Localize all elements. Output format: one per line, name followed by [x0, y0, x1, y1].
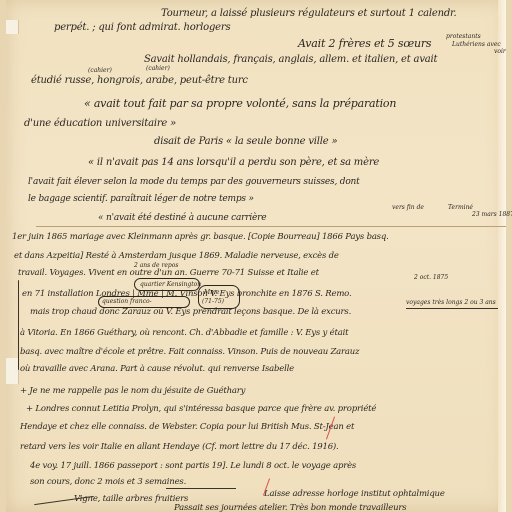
handwritten-line: Tourneur, a laissé plusieurs régulateurs…	[161, 8, 457, 19]
handwritten-line: étudié russe, hongrois, arabe, peut-être…	[31, 75, 248, 86]
handwritten-line: le bagage scientif. paraîtrait léger de …	[28, 194, 254, 204]
annotation: vers fin de	[392, 204, 424, 211]
annotation: (cahier)	[146, 65, 170, 72]
handwritten-line: travail. Voyages. Vivent en outre d'un a…	[18, 268, 319, 278]
handwritten-line: « il n'avait pas 14 ans lorsqu'il a perd…	[88, 157, 379, 168]
handwritten-line: Savait hollandais, français, anglais, al…	[144, 54, 437, 65]
circled-annotation	[198, 285, 240, 309]
handwritten-line: Hendaye et chez elle connaiss. de Webste…	[20, 422, 354, 432]
annotation: 2 ans de repos	[134, 262, 178, 269]
annotation: (cahier)	[88, 67, 112, 74]
handwritten-line: Passait ses journées atelier. Très bon m…	[174, 503, 406, 512]
annotation: voir	[494, 48, 506, 55]
handwritten-line: son cours, donc 2 mois et 3 semaines.	[30, 477, 186, 487]
divider-line	[36, 226, 506, 227]
circled-annotation	[134, 278, 200, 291]
handwritten-line: et dans Azpeitia] Resté à Amsterdam jusq…	[14, 251, 339, 261]
handwritten-line: disait de Paris « la seule bonne ville »	[154, 136, 337, 147]
margin-bracket	[18, 280, 19, 370]
handwritten-line: « n'avait été destiné à aucune carrière	[98, 213, 266, 223]
circled-annotation	[98, 296, 190, 308]
handwritten-line: 1er juin 1865 mariage avec Kleinmann apr…	[12, 232, 389, 242]
handwritten-line: 4e voy. 17 juill. 1866 passeport : sont …	[30, 461, 356, 471]
handwritten-line: Laisse adresse horloge institut ophtalmi…	[264, 489, 445, 499]
handwritten-line: d'une éducation universitaire »	[24, 118, 176, 129]
handwritten-line: l'avait fait élever selon la mode du tem…	[28, 177, 360, 187]
handwritten-line: où travaille avec Arana. Part à cause ré…	[20, 364, 294, 374]
handwritten-line: Avait 2 frères et 5 sœurs	[298, 37, 431, 50]
annotation: protestants	[446, 33, 481, 40]
handwritten-line: + Je ne me rappelle pas le nom du jésuit…	[20, 386, 245, 396]
handwritten-line: mais trop chaud donc Zarauz où V. Eys pr…	[30, 307, 351, 317]
underline	[166, 488, 236, 489]
handwritten-line: à Vitoria. En 1866 Guéthary, où rencont.…	[20, 328, 348, 338]
manuscript-page: Tourneur, a laissé plusieurs régulateurs…	[6, 0, 506, 512]
annotation: 2 oct. 1875	[414, 274, 448, 281]
handwritten-line: retard vers les voir Italie en allant He…	[20, 442, 339, 452]
paper-edge	[498, 0, 506, 512]
paper-tear	[6, 20, 19, 34]
annotation: Luthériens avec	[452, 41, 501, 48]
handwritten-line: basq. avec maître d'école et prêtre. Fai…	[20, 347, 359, 357]
handwritten-line: + Londres connut Letitia Prolyn, qui s'i…	[26, 404, 376, 414]
handwritten-line: « avait tout fait par sa propre volonté,…	[84, 97, 396, 110]
handwritten-line: perpét. ; qui font admirat. horlogers	[54, 22, 230, 33]
annotation: Terminé	[448, 204, 473, 211]
annotation: 23 mars 1887	[472, 211, 512, 218]
underline	[406, 308, 498, 309]
annotation: voyages très longs 2 ou 3 ans	[406, 299, 496, 306]
